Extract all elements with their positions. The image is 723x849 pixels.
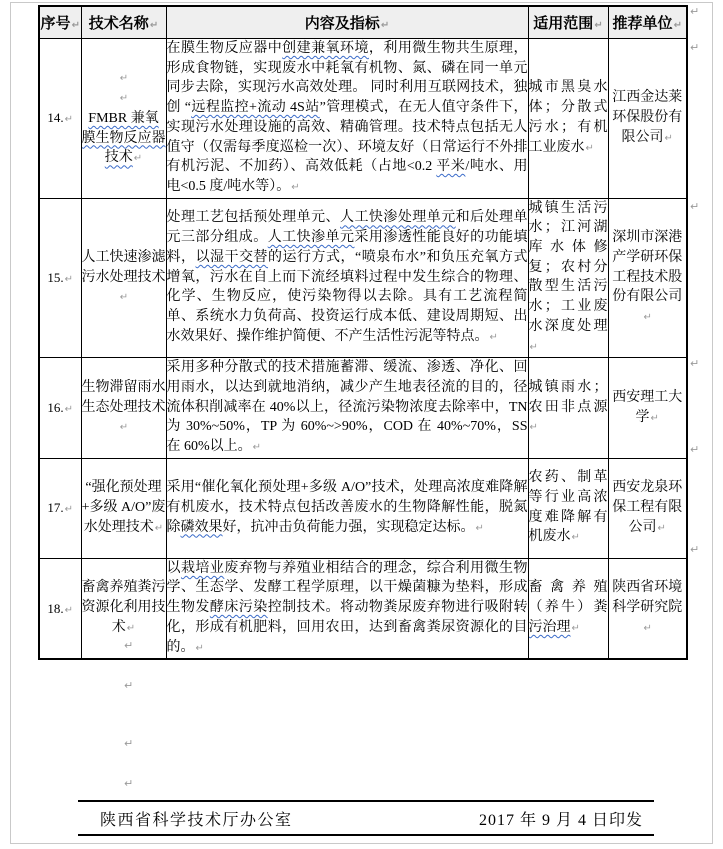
- paragraph: 畜禽养殖（养牛）粪污治理↵: [529, 578, 608, 638]
- paragraph: 陕西省环境科学研究院↵: [609, 578, 687, 638]
- content-indicator-cell: 以栽培业废弃物与养殖业相结合的理念，综合利用微生物学、生态学、发酵工程学原理，以…: [166, 558, 528, 659]
- paragraph: 采用“催化氧化预处理+多级 A/O”技术，处理高浓度难降解有机废水，技术特点包括…: [167, 478, 528, 538]
- content-indicator-cell: 在膜生物反应器中创建兼氧环境，利用微生物共生原理，形成食物链，实现废水中耗氧有机…: [166, 39, 528, 199]
- paragraph-mark-icon: ↵: [380, 20, 389, 31]
- paragraph-mark-icon: ↵: [585, 143, 594, 154]
- paragraph-mark-icon: ↵: [119, 93, 128, 104]
- recommending-unit-cell: 陕西省环境科学研究院↵: [608, 558, 687, 659]
- paragraph: 人工快速渗滤污水处理技术↵: [82, 248, 166, 308]
- paragraph-mark-icon: ↵: [64, 114, 73, 125]
- paragraph-mark-icon: ↵: [690, 444, 699, 455]
- table-row: 16.↵生物滞留雨水生态处理技术↵采用多种分散式的技术措施蓄滞、缓流、渗透、净化…: [39, 358, 687, 459]
- paragraph-mark-icon: ↵: [124, 738, 133, 749]
- recommending-unit-cell: 西安龙泉环保工程有限公司↵: [608, 458, 687, 558]
- paragraph-mark-icon: ↵: [252, 442, 261, 453]
- paragraph-mark-icon: ↵: [290, 182, 299, 193]
- paragraph: 处理工艺包括预处理单元、人工快渗处理单元和后处理单元三部分组成。人工快渗单元采用…: [167, 208, 528, 347]
- paragraph-mark-icon: ↵: [657, 523, 666, 534]
- paragraph-mark-icon: ↵: [690, 6, 699, 17]
- content-indicator-cell: 采用多种分散式的技术措施蓄滞、缓流、渗透、净化、回用雨水，以达到就地消纳，减少产…: [166, 358, 528, 459]
- paragraph: 城市黑臭水体；分散式污水；有机工业废水↵: [529, 78, 608, 158]
- paragraph-mark-icon: ↵: [119, 73, 128, 84]
- paragraph-mark-icon: ↵: [593, 20, 602, 31]
- serial-number-cell: 18.↵: [39, 558, 81, 659]
- paragraph-mark-icon: ↵: [133, 153, 142, 164]
- serial-number-cell: 15.↵: [39, 198, 81, 358]
- paragraph: 农药、制革等行业高浓度难降解有机废水↵: [529, 468, 608, 548]
- application-scope-cell: 畜禽养殖（养牛）粪污治理↵: [528, 558, 608, 659]
- paragraph: 畜禽养殖粪污资源化利用技术↵: [82, 578, 166, 638]
- serial-number-cell: 17.↵: [39, 458, 81, 558]
- table-row: 18.↵畜禽养殖粪污资源化利用技术↵以栽培业废弃物与养殖业相结合的理念，综合利用…: [39, 558, 687, 659]
- paragraph-mark-icon: ↵: [71, 20, 80, 31]
- technology-table: 序号↵技术名称↵内容及指标↵适用范围↵推荐单位↵ 14.↵↵↵FMBR 兼氧膜生…: [38, 5, 688, 660]
- header-cell: 内容及指标↵: [166, 6, 528, 39]
- paragraph-mark-icon: ↵: [690, 201, 699, 212]
- paragraph-mark-icon: ↵: [673, 20, 682, 31]
- paragraph-mark-icon: ↵: [119, 422, 128, 433]
- paragraph: 西安龙泉环保工程有限公司↵: [609, 478, 687, 538]
- application-scope-cell: 城市黑臭水体；分散式污水；有机工业废水↵: [528, 39, 608, 199]
- paragraph: “强化预处理+多级 A/O”废水处理技术↵: [82, 478, 166, 538]
- paragraph-mark-icon: ↵: [475, 523, 484, 534]
- table-header-row: 序号↵技术名称↵内容及指标↵适用范围↵推荐单位↵: [39, 6, 687, 39]
- paragraph-mark-icon: ↵: [529, 342, 538, 353]
- table-row: 17.↵“强化预处理+多级 A/O”废水处理技术↵采用“催化氧化预处理+多级 A…: [39, 458, 687, 558]
- paragraph-mark-icon: ↵: [124, 680, 133, 691]
- footer-issuing-office: 陕西省科学技术厅办公室: [100, 807, 293, 830]
- paragraph: 在膜生物反应器中创建兼氧环境，利用微生物共生原理，形成食物链，实现废水中耗氧有机…: [167, 39, 528, 198]
- paragraph-mark-icon: ↵: [64, 404, 73, 415]
- header-cell: 推荐单位↵: [608, 6, 687, 39]
- document-page: 序号↵技术名称↵内容及指标↵适用范围↵推荐单位↵ 14.↵↵↵FMBR 兼氧膜生…: [0, 0, 723, 849]
- header-cell: 序号↵: [39, 6, 81, 39]
- paragraph-mark-icon: ↵: [650, 413, 659, 424]
- paragraph-mark-icon: ↵: [664, 133, 673, 144]
- paragraph-mark-icon: ↵: [571, 623, 580, 634]
- paragraph: 城镇雨水；农田非点源↵: [529, 378, 608, 438]
- paragraph-mark-icon: ↵: [643, 312, 652, 323]
- paragraph: 西安理工大学↵: [609, 388, 687, 428]
- recommending-unit-cell: 江西金达莱环保股份有限公司↵: [608, 39, 687, 199]
- paragraph-mark-icon: [643, 817, 644, 828]
- paragraph-mark-icon: ↵: [489, 332, 498, 343]
- application-scope-cell: 城镇生活污水；江河湖库水体修复；农村分散型生活污水；工业废水深度处理↵: [528, 198, 608, 358]
- header-cell: 适用范围↵: [528, 6, 608, 39]
- paragraph: 江西金达莱环保股份有限公司↵: [609, 88, 687, 148]
- recommending-unit-cell: 深圳市深港产学研环保工程技术股份有限公司↵: [608, 198, 687, 358]
- table-body: 14.↵↵↵FMBR 兼氧膜生物反应器技术↵在膜生物反应器中创建兼氧环境，利用微…: [39, 39, 687, 660]
- paragraph: 城镇生活污水；江河湖库水体修复；农村分散型生活污水；工业废水深度处理↵: [529, 199, 608, 358]
- serial-number-cell: 16.↵: [39, 358, 81, 459]
- serial-number-cell: 14.↵: [39, 39, 81, 199]
- tech-name-cell: “强化预处理+多级 A/O”废水处理技术↵: [81, 458, 166, 558]
- footer-print-date: 2017 年 9 月 4 日印发: [479, 812, 643, 829]
- paragraph: ↵: [82, 88, 166, 109]
- header-cell: 技术名称↵: [81, 6, 166, 39]
- tech-name-cell: 人工快速渗滤污水处理技术↵: [81, 198, 166, 358]
- paragraph: 深圳市深港产学研环保工程技术股份有限公司↵: [609, 228, 687, 328]
- paragraph-mark-icon: ↵: [529, 422, 538, 433]
- tech-name-cell: 生物滞留雨水生态处理技术↵: [81, 358, 166, 459]
- paragraph: 生物滞留雨水生态处理技术↵: [82, 378, 166, 438]
- paragraph-mark-icon: ↵: [119, 292, 128, 303]
- paragraph-mark-icon: ↵: [149, 20, 158, 31]
- footer-print-date-wrap: 2017 年 9 月 4 日印发: [479, 807, 644, 830]
- paragraph-mark-icon: ↵: [154, 523, 163, 534]
- paragraph: FMBR 兼氧膜生物反应器技术↵: [82, 109, 166, 169]
- paragraph: 以栽培业废弃物与养殖业相结合的理念，综合利用微生物学、生态学、发酵工程学原理，以…: [167, 559, 528, 659]
- application-scope-cell: 农药、制革等行业高浓度难降解有机废水↵: [528, 458, 608, 558]
- document-footer: 陕西省科学技术厅办公室 2017 年 9 月 4 日印发: [78, 800, 654, 836]
- paragraph: 采用多种分散式的技术措施蓄滞、缓流、渗透、净化、回用雨水，以达到就地消纳，减少产…: [167, 358, 528, 458]
- recommending-unit-cell: 西安理工大学↵: [608, 358, 687, 459]
- application-scope-cell: 城镇雨水；农田非点源↵: [528, 358, 608, 459]
- paragraph-mark-icon: ↵: [64, 605, 73, 616]
- paragraph: ↵: [82, 68, 166, 89]
- content-indicator-cell: 处理工艺包括预处理单元、人工快渗处理单元和后处理单元三部分组成。人工快渗单元采用…: [166, 198, 528, 358]
- paragraph-mark-icon: ↵: [571, 532, 580, 543]
- paragraph-mark-icon: ↵: [643, 623, 652, 634]
- table-row: 15.↵人工快速渗滤污水处理技术↵处理工艺包括预处理单元、人工快渗处理单元和后处…: [39, 198, 687, 358]
- paragraph-mark-icon: ↵: [64, 274, 73, 285]
- tech-name-cell: ↵↵FMBR 兼氧膜生物反应器技术↵: [81, 39, 166, 199]
- paragraph-mark-icon: ↵: [124, 640, 133, 651]
- paragraph-mark-icon: ↵: [195, 643, 204, 654]
- content-indicator-cell: 采用“催化氧化预处理+多级 A/O”技术，处理高浓度难降解有机废水，技术特点包括…: [166, 458, 528, 558]
- table-header: 序号↵技术名称↵内容及指标↵适用范围↵推荐单位↵: [39, 6, 687, 39]
- paragraph-mark-icon: ↵: [64, 504, 73, 515]
- paragraph-mark-icon: ↵: [690, 544, 699, 555]
- paragraph-mark-icon: ↵: [124, 778, 133, 789]
- paragraph-mark-icon: ↵: [690, 358, 699, 369]
- paragraph-mark-icon: ↵: [690, 42, 699, 53]
- table-row: 14.↵↵↵FMBR 兼氧膜生物反应器技术↵在膜生物反应器中创建兼氧环境，利用微…: [39, 39, 687, 199]
- paragraph-mark-icon: ↵: [126, 623, 135, 634]
